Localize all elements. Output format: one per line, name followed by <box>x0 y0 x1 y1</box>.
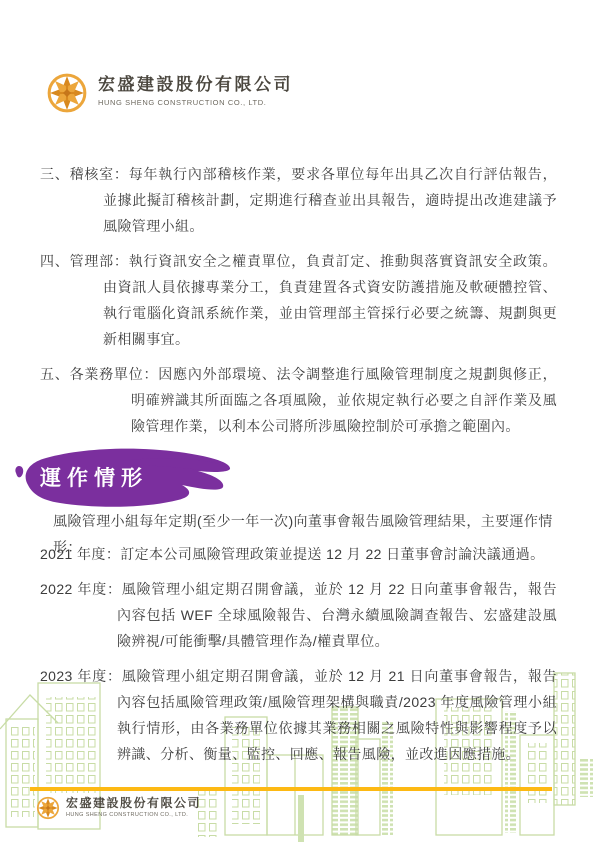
duty-text: 因應內外部環境、法令調整進行風險管理制度之規劃與修正，明確辨識其所面臨之各項風險… <box>131 366 557 434</box>
year-label: 2023 年度： <box>40 668 122 684</box>
year-text: 訂定本公司風險管理政策並提送 12 月 22 日董事會討論決議通過。 <box>120 546 544 562</box>
company-name-en: HUNG SHENG CONSTRUCTION CO., LTD. <box>98 98 293 107</box>
footer-divider-line <box>30 787 552 791</box>
year-label: 2022 年度： <box>40 581 122 597</box>
duty-paragraph-business-units: 五、各業務單位：因應內外部環境、法令調整進行風險管理制度之規劃與修正，明確辨識其… <box>40 361 557 439</box>
year-label: 2021 年度： <box>40 546 120 562</box>
year-paragraph-2023: 2023 年度：風險管理小組定期召開會議，並於 12 月 21 日向董事會報告，… <box>40 663 557 767</box>
section-title: 運作情形 <box>40 462 200 492</box>
footer-company-name-en: HUNG SHENG CONSTRUCTION CO., LTD. <box>66 812 201 818</box>
duty-label: 三、稽核室： <box>40 166 129 182</box>
duty-label: 五、各業務單位： <box>40 366 158 382</box>
footer-company-name-zh: 宏盛建設股份有限公司 <box>66 796 201 811</box>
company-emblem-icon <box>36 796 60 820</box>
year-text: 風險管理小組定期召開會議，並於 12 月 21 日向董事會報告，報告內容包括風險… <box>117 668 557 762</box>
header-logo: 宏盛建設股份有限公司 HUNG SHENG CONSTRUCTION CO., … <box>46 72 293 114</box>
section-heading: 運作情形 <box>12 445 234 509</box>
company-name-zh: 宏盛建設股份有限公司 <box>98 74 293 96</box>
year-paragraph-2021: 2021 年度：訂定本公司風險管理政策並提送 12 月 22 日董事會討論決議通… <box>40 541 557 567</box>
duty-paragraph-admin: 四、管理部：執行資訊安全之權責單位，負責訂定、推動與落實資訊安全政策。由資訊人員… <box>40 248 557 352</box>
duty-text: 執行資訊安全之權責單位，負責訂定、推動與落實資訊安全政策。由資訊人員依據專業分工… <box>103 253 557 347</box>
duties-section: 三、稽核室：每年執行內部稽核作業，要求各單位每年出具乙次自行評估報告，並據此擬訂… <box>40 161 557 448</box>
document-page: 宏盛建設股份有限公司 HUNG SHENG CONSTRUCTION CO., … <box>0 0 595 842</box>
duty-paragraph-audit: 三、稽核室：每年執行內部稽核作業，要求各單位每年出具乙次自行評估報告，並據此擬訂… <box>40 161 557 239</box>
duty-text: 每年執行內部稽核作業，要求各單位每年出具乙次自行評估報告，並據此擬訂稽核計劃，定… <box>103 166 557 234</box>
year-paragraph-2022: 2022 年度：風險管理小組定期召開會議，並於 12 月 22 日向董事會報告，… <box>40 576 557 654</box>
duty-label: 四、管理部： <box>40 253 129 269</box>
years-section: 2021 年度：訂定本公司風險管理政策並提送 12 月 22 日董事會討論決議通… <box>40 541 557 776</box>
company-emblem-icon <box>46 72 88 114</box>
footer-logo: 宏盛建設股份有限公司 HUNG SHENG CONSTRUCTION CO., … <box>36 796 201 820</box>
year-text: 風險管理小組定期召開會議，並於 12 月 22 日向董事會報告，報告內容包括 W… <box>117 581 557 649</box>
